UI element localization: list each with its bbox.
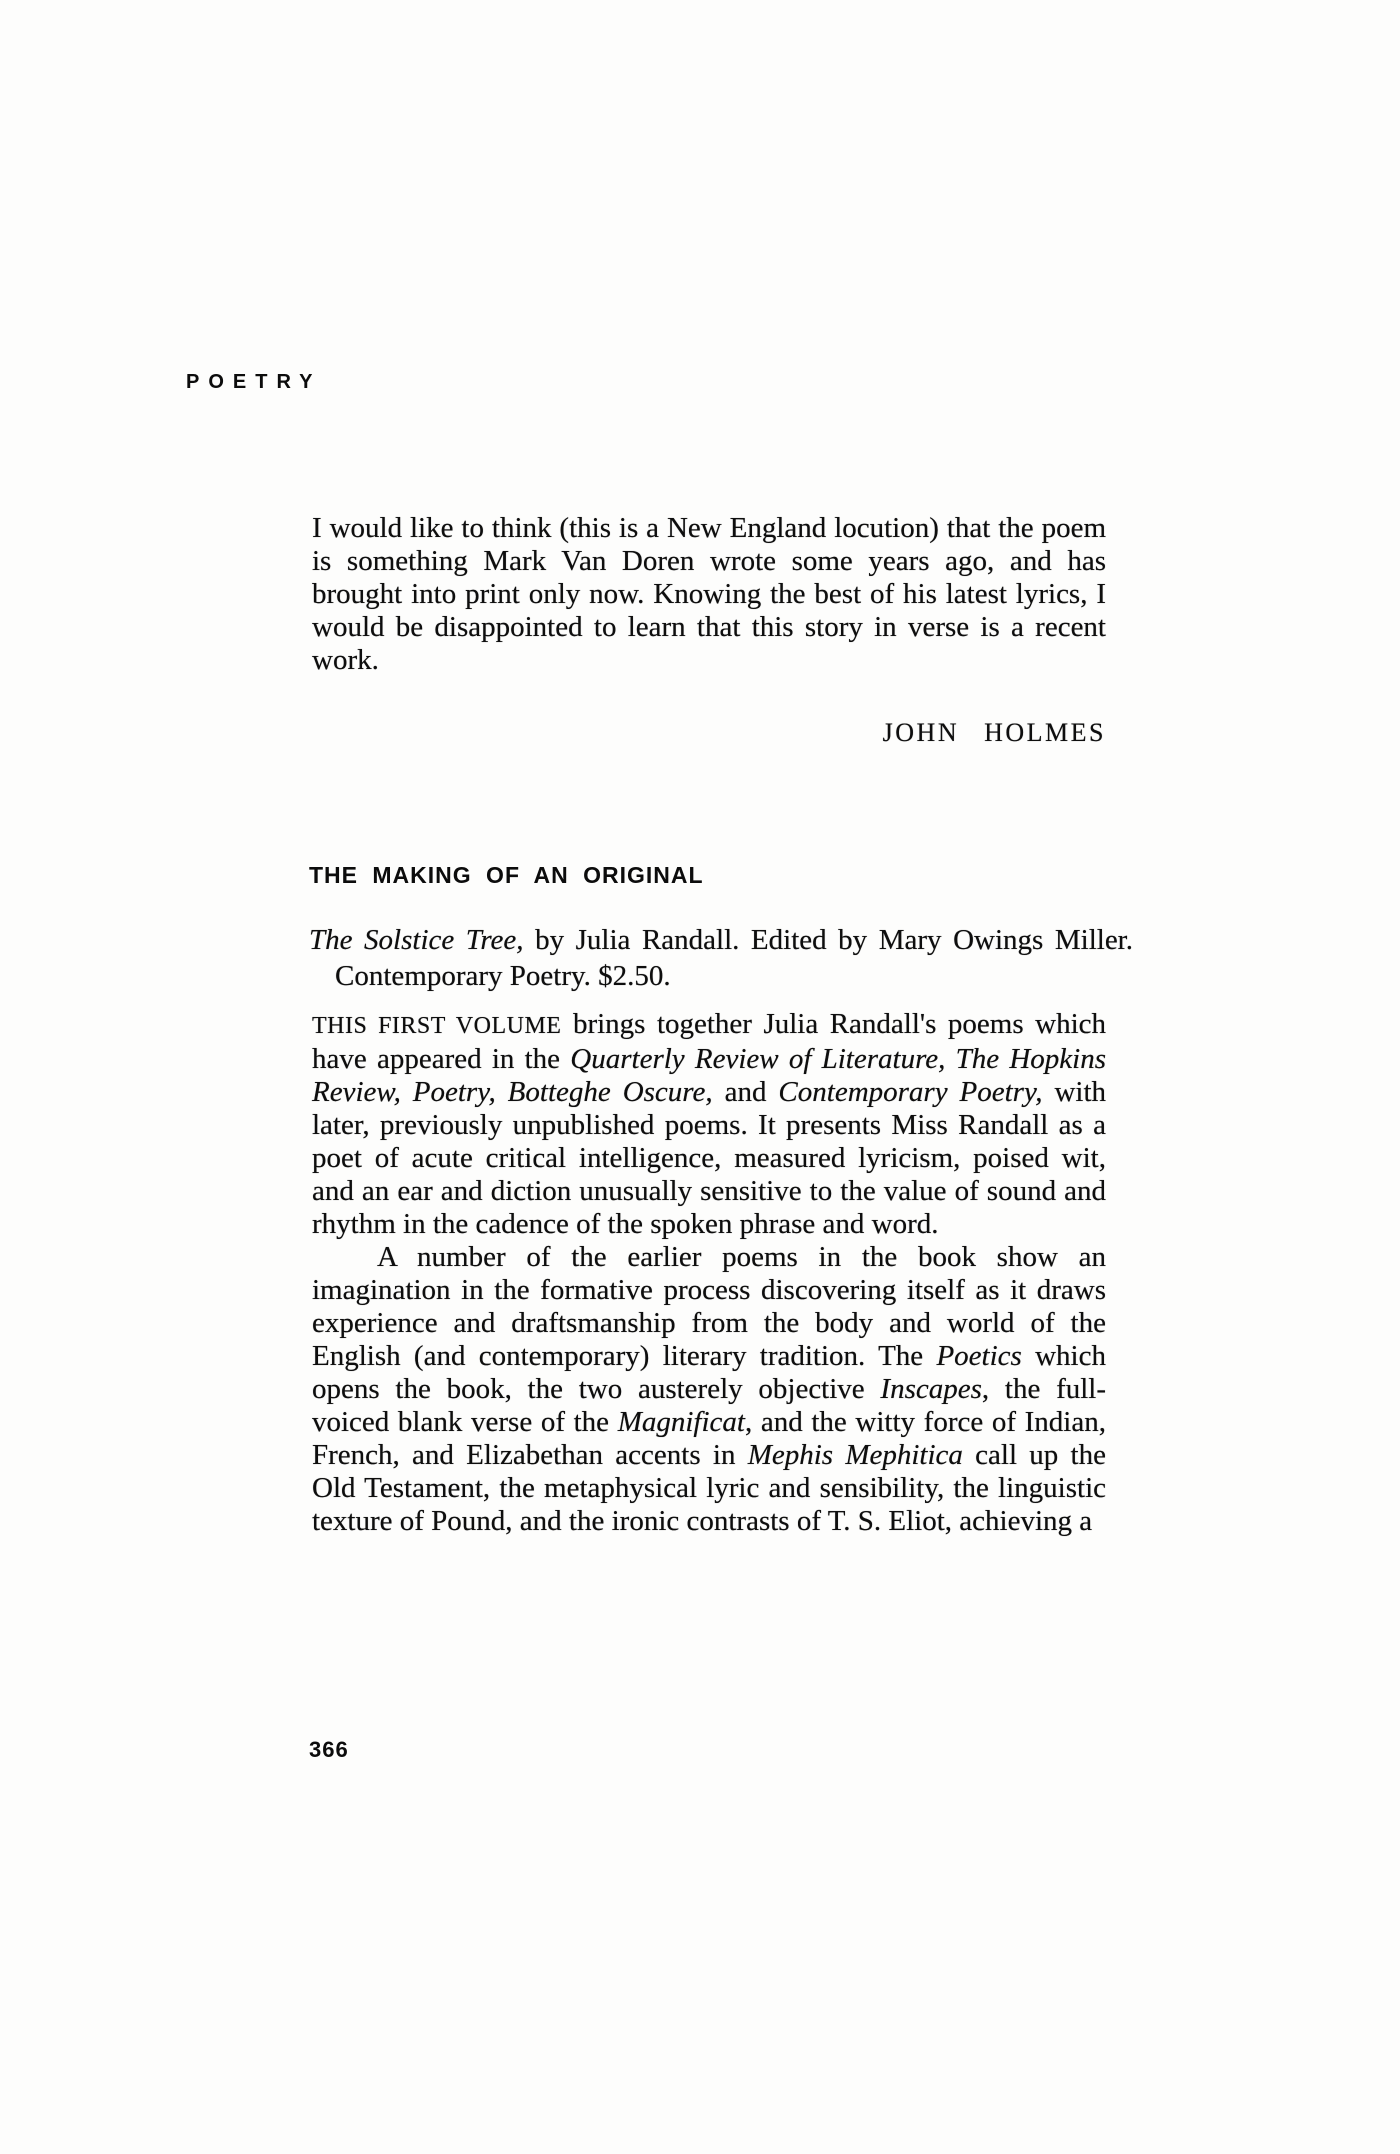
review-body: THIS FIRST VOLUME brings together Julia … xyxy=(312,1008,1106,1538)
text-segment: THIS FIRST VOLUME xyxy=(312,1013,561,1039)
text-segment: Poetics xyxy=(936,1340,1021,1372)
reviewer-byline: JOHN HOLMES xyxy=(312,718,1106,748)
review-paragraph: THIS FIRST VOLUME brings together Julia … xyxy=(312,1008,1106,1241)
book-citation: The Solstice Tree, by Julia Randall. Edi… xyxy=(309,922,1133,994)
text-segment: Magnificat xyxy=(618,1406,745,1438)
text-segment: The Solstice Tree, xyxy=(309,924,524,956)
page-number: 366 xyxy=(309,1737,349,1763)
previous-review-closing-paragraph: I would like to think (this is a New Eng… xyxy=(312,512,1106,677)
running-header: POETRY xyxy=(186,371,322,394)
review-title: THE MAKING OF AN ORIGINAL xyxy=(309,862,704,888)
review-paragraph: A number of the earlier poems in the boo… xyxy=(312,1241,1106,1538)
text-segment: Mephis Mephitica xyxy=(748,1439,963,1471)
text-segment: and xyxy=(713,1076,779,1108)
text-segment: Contemporary Poetry, xyxy=(778,1076,1042,1108)
scanned-book-page: POETRY I would like to think (this is a … xyxy=(0,0,1400,2154)
text-segment: Inscapes xyxy=(880,1373,981,1405)
